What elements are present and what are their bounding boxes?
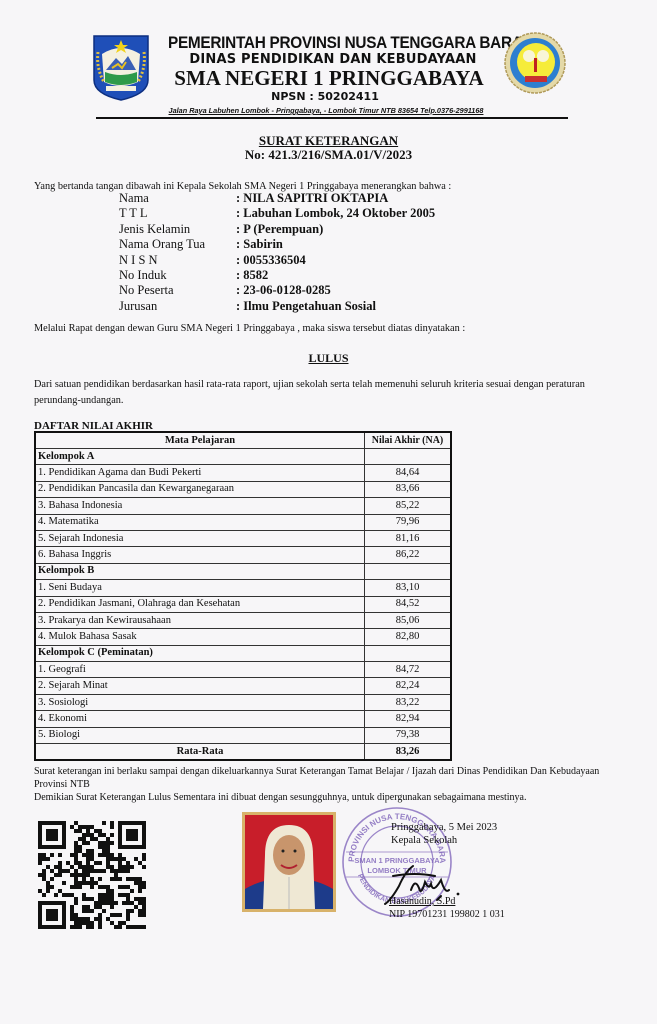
subject-name: 4. Mulok Bahasa Sasak (35, 629, 365, 645)
subject-value: 86,22 (365, 547, 452, 563)
qr-code-icon (38, 821, 146, 929)
document-number: No: 421.3/216/SMA.01/V/2023 (0, 147, 657, 163)
school-address: Jalan Raya Labuhen Lombok - Pringgabaya,… (116, 106, 536, 115)
subject-name: 3. Prakarya dan Kewirausahaan (35, 612, 365, 628)
field-value: : 23-06-0128-0285 (236, 283, 331, 298)
field-label: Jenis Kelamin (119, 222, 236, 237)
subject-value: 79,96 (365, 514, 452, 530)
subject-value: 79,38 (365, 727, 452, 743)
subject-name: 1. Geografi (35, 662, 365, 678)
subject-value: 84,52 (365, 596, 452, 612)
table-row: 4. Ekonomi82,94 (35, 711, 451, 727)
group-value-empty (365, 563, 452, 579)
subject-name: 5. Sejarah Indonesia (35, 530, 365, 546)
average-value: 83,26 (365, 744, 452, 761)
field-nisn: N I S N: 0055336504 (119, 253, 435, 268)
table-row: 3. Prakarya dan Kewirausahaan85,06 (35, 612, 451, 628)
subject-name: 3. Sosiologi (35, 694, 365, 710)
subject-value: 81,16 (365, 530, 452, 546)
subject-name: 2. Pendidikan Jasmani, Olahraga dan Kese… (35, 596, 365, 612)
header-value: Nilai Akhir (NA) (365, 432, 452, 449)
field-no-induk: No Induk: 8582 (119, 268, 435, 283)
subject-value: 85,06 (365, 612, 452, 628)
ntb-province-emblem-icon (92, 34, 150, 102)
group-name: Kelompok B (35, 563, 365, 579)
verdict-description: Dari satuan pendidikan berdasarkan hasil… (34, 377, 614, 409)
field-nama-orang-tua: Nama Orang Tua: Sabirin (119, 237, 435, 252)
subject-name: 2. Pendidikan Pancasila dan Kewarganegar… (35, 481, 365, 497)
student-info: Nama: NILA SAPITRI OKTAPIA T T L: Labuha… (119, 191, 435, 314)
field-value: : P (Perempuan) (236, 222, 323, 237)
group-row: Kelompok B (35, 563, 451, 579)
subject-name: 6. Bahasa Inggris (35, 547, 365, 563)
field-jurusan: Jurusan: Ilmu Pengetahuan Sosial (119, 299, 435, 314)
average-label: Rata-Rata (35, 744, 365, 761)
subject-value: 83,66 (365, 481, 452, 497)
field-value: : Ilmu Pengetahuan Sosial (236, 299, 376, 314)
field-value: : Labuhan Lombok, 24 Oktober 2005 (236, 206, 435, 221)
field-value: : 8582 (236, 268, 268, 283)
field-label: Jurusan (119, 299, 236, 314)
subject-name: 1. Seni Budaya (35, 580, 365, 596)
letterhead-divider (96, 117, 568, 119)
table-row: 1. Pendidikan Agama dan Budi Pekerti84,6… (35, 465, 451, 481)
group-row: Kelompok C (Peminatan) (35, 645, 451, 661)
subject-value: 85,22 (365, 498, 452, 514)
place-date: Pringgabaya, 5 Mei 2023 (391, 821, 497, 834)
table-row: 1. Geografi84,72 (35, 662, 451, 678)
field-label: T T L (119, 206, 236, 221)
subject-name: 5. Biologi (35, 727, 365, 743)
group-name: Kelompok A (35, 449, 365, 465)
subject-value: 83,10 (365, 580, 452, 596)
field-value: : Sabirin (236, 237, 283, 252)
table-row: 6. Bahasa Inggris86,22 (35, 547, 451, 563)
closing-text: Surat keterangan ini berlaku sampai deng… (34, 765, 614, 804)
field-no-peserta: No Peserta: 23-06-0128-0285 (119, 283, 435, 298)
school-name: SMA NEGERI 1 PRINGGABAYA (170, 66, 488, 91)
table-row: 5. Biologi79,38 (35, 727, 451, 743)
subject-name: 3. Bahasa Indonesia (35, 498, 365, 514)
statement-text: Demikian Surat Keterangan Lulus Sementar… (34, 791, 614, 804)
field-nama: Nama: NILA SAPITRI OKTAPIA (119, 191, 435, 206)
position: Kepala Sekolah (391, 834, 497, 847)
table-row: 1. Seni Budaya83,10 (35, 580, 451, 596)
table-row: 4. Matematika79,96 (35, 514, 451, 530)
field-label: No Peserta (119, 283, 236, 298)
government-heading: PEMERINTAH PROVINSI NUSA TENGGARA BARAT (168, 34, 466, 53)
student-photo (242, 812, 336, 912)
field-label: N I S N (119, 253, 236, 268)
signature-block: Pringgabaya, 5 Mei 2023 Kepala Sekolah (391, 821, 497, 847)
subject-value: 82,94 (365, 711, 452, 727)
subject-name: 1. Pendidikan Agama dan Budi Pekerti (35, 465, 365, 481)
table-row: 3. Bahasa Indonesia85,22 (35, 498, 451, 514)
header-subject: Mata Pelajaran (35, 432, 365, 449)
subject-value: 82,80 (365, 629, 452, 645)
table-row: 3. Sosiologi83,22 (35, 694, 451, 710)
npsn: NPSN : 50202411 (250, 90, 400, 103)
grades-body: Kelompok A1. Pendidikan Agama dan Budi P… (35, 449, 451, 761)
field-label: Nama (119, 191, 236, 206)
table-row: 2. Pendidikan Jasmani, Olahraga dan Kese… (35, 596, 451, 612)
subject-value: 83,22 (365, 694, 452, 710)
subject-value: 84,72 (365, 662, 452, 678)
group-row: Kelompok A (35, 449, 451, 465)
average-row: Rata-Rata83,26 (35, 744, 451, 761)
subject-name: 4. Matematika (35, 514, 365, 530)
verdict: LULUS (0, 351, 657, 366)
principal-nip: NIP 19701231 199802 1 031 (389, 909, 505, 920)
group-value-empty (365, 449, 452, 465)
field-ttl: T T L: Labuhan Lombok, 24 Oktober 2005 (119, 206, 435, 221)
meeting-text: Melalui Rapat dengan dewan Guru SMA Nege… (34, 323, 465, 334)
field-value: : NILA SAPITRI OKTAPIA (236, 191, 388, 206)
field-jenis-kelamin: Jenis Kelamin: P (Perempuan) (119, 222, 435, 237)
grades-table: Mata Pelajaran Nilai Akhir (NA) Kelompok… (34, 431, 452, 761)
department-heading: DINAS PENDIDIKAN DAN KEBUDAYAAN (178, 52, 488, 67)
validity-text: Surat keterangan ini berlaku sampai deng… (34, 765, 614, 791)
subject-value: 84,64 (365, 465, 452, 481)
subject-name: 4. Ekonomi (35, 711, 365, 727)
field-value: : 0055336504 (236, 253, 306, 268)
group-name: Kelompok C (Peminatan) (35, 645, 365, 661)
table-row: 5. Sejarah Indonesia81,16 (35, 530, 451, 546)
table-row: 2. Sejarah Minat82,24 (35, 678, 451, 694)
field-label: No Induk (119, 268, 236, 283)
subject-value: 82,24 (365, 678, 452, 694)
table-row: 4. Mulok Bahasa Sasak82,80 (35, 629, 451, 645)
principal-name: Hasanudin, S.Pd (389, 896, 455, 907)
group-value-empty (365, 645, 452, 661)
subject-name: 2. Sejarah Minat (35, 678, 365, 694)
field-label: Nama Orang Tua (119, 237, 236, 252)
table-header: Mata Pelajaran Nilai Akhir (NA) (35, 432, 451, 449)
table-row: 2. Pendidikan Pancasila dan Kewarganegar… (35, 481, 451, 497)
school-emblem-icon (503, 30, 567, 96)
